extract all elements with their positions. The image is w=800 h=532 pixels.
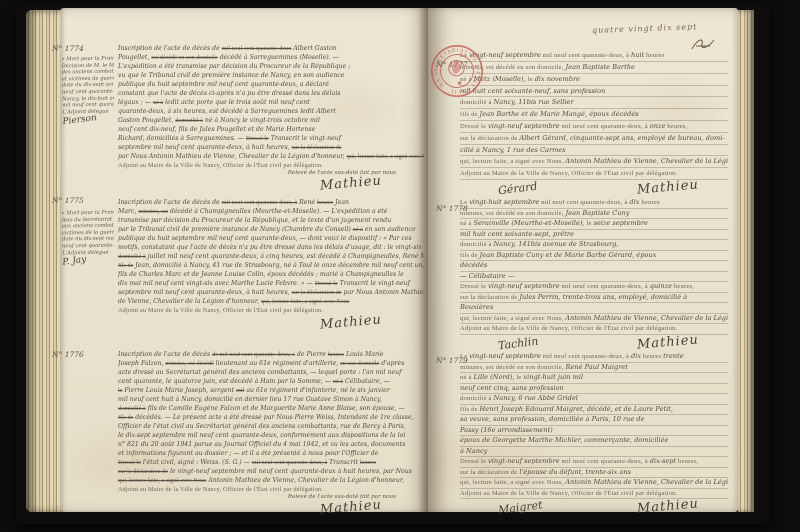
handwritten-text: dix mai mil neuf cent vingt-six avec Mar… (118, 280, 315, 287)
text-line: L'expédition a été transmise par décisio… (118, 62, 424, 71)
margin-note-mort-pour-la-france: « Mort pour la France »Avis du Secrétari… (62, 210, 115, 267)
text-line: Le vingt-neuf septembre mil neuf cent qu… (460, 50, 728, 62)
officer-signature: Mathieu (636, 177, 699, 197)
handwritten-text: trente (663, 352, 684, 360)
text-line: à Nancy (460, 447, 728, 458)
handwritten-text: fils de Charles Marc et de Jeanne Louise… (118, 271, 404, 278)
entry-body: Inscription de l'acte de décès de mil ne… (118, 44, 424, 170)
text-line: Dressé le l'état civil, signé : Weiss. (… (118, 458, 424, 467)
struck-printed-text: est décédé en son domicile (151, 54, 217, 61)
handwritten-text: Richard, domiciliés à Sarreguemines. — (118, 135, 246, 142)
handwritten-text: neuf cent dix-neuf, fils de Jules Pougel… (118, 126, 315, 133)
printed-text: Adjoint au Maire de la Ville de Nancy, O… (460, 325, 678, 332)
struck-printed-text: né à (153, 99, 163, 106)
handwritten-text: mil neuf cent huit à Nancy, domicilié en… (118, 396, 382, 403)
struck-printed-text: mil neuf cent quarante-deux, à (252, 459, 327, 466)
text-line: Joseph Falzon, minutes, est décédé lieut… (118, 359, 424, 368)
text-line: domicilié à Nancy, 6 rue Abbé Gridel (460, 394, 728, 405)
handwritten-text: René Paul Maigret (566, 363, 628, 371)
text-line: publique du huit septembre mil neuf cent… (118, 80, 424, 89)
struck-printed-text: qui, lecture faite, a signé avec Nous (347, 153, 424, 160)
handwritten-text: vingt-neuf septembre (469, 352, 541, 360)
handwritten-text: quarante-deux, à six heures, est décédé … (118, 108, 336, 115)
handwritten-text: sa veuve, sans profession, domiciliée à … (460, 415, 645, 423)
handwritten-text: au 61e régiment d'infanterie, né le six … (244, 387, 389, 394)
struck-printed-text: Dressé le (315, 280, 338, 287)
text-line: Adjoint au Maire de la Ville de Nancy, O… (118, 161, 424, 170)
handwritten-text: Joseph Falzon, (118, 360, 165, 367)
struck-printed-text: minutes, est (138, 208, 168, 215)
printed-text: fils de (460, 111, 480, 118)
page-fore-edge-left (26, 10, 62, 512)
struck-printed-text: domicilié à (118, 253, 146, 260)
text-line: sa veuve, sans profession, domiciliée à … (460, 415, 728, 426)
handwritten-text: vu que le Tribunal civil de première ins… (118, 72, 344, 79)
handwritten-text: Louis Marie (344, 351, 384, 358)
printed-text: le (526, 76, 535, 83)
printed-text: mil neuf cent quarante-deux, à (539, 199, 629, 206)
handwritten-text: onze (650, 122, 666, 130)
text-line: sur la déclaration de le vingt-neuf sept… (118, 467, 424, 476)
text-line: Inscription de l'acte de décès de mil ne… (118, 198, 424, 207)
officer-signature: Mathieu (636, 496, 699, 516)
signature-row: Mathieu (118, 315, 424, 333)
handwritten-text: Transcrit le vingt-neuf (338, 280, 410, 287)
handwritten-text: vingt-huit septembre (469, 198, 539, 206)
text-line: Dressé le vingt-neuf septembre mil neuf … (460, 457, 728, 468)
handwritten-text: publique du huit septembre mil neuf cent… (118, 235, 412, 242)
struck-printed-text: heures (360, 459, 376, 466)
handwritten-text: Pougellet, (118, 54, 151, 61)
handwritten-text: légaux ; — (118, 99, 153, 106)
left-page: N° 1774 « Mort pour la France »Décision … (60, 8, 428, 512)
text-line: Gaston Pougellet, domicilié à né à Nancy… (118, 116, 424, 125)
handwritten-text: l'état civil, signé : Weiss. (S. G.) — (141, 459, 252, 466)
handwritten-text: Transcrit (327, 459, 360, 466)
handwritten-text: Albert Gérard, cinquante-sept ans, emplo… (519, 134, 724, 142)
text-line: Passy (16e arrondissement) (460, 426, 728, 437)
text-line: qui, lecture faite, a signé avec Nous An… (118, 476, 424, 485)
struck-printed-text: domicilié à (175, 117, 203, 124)
text-line: Inscription de l'acte de décès de mil ne… (118, 44, 424, 53)
handwritten-text: publique du huit septembre mil neuf cent… (118, 81, 329, 88)
handwritten-text: vingt-neuf septembre (488, 282, 560, 290)
handwritten-text: dix novembre (535, 75, 581, 83)
handwritten-text: Antonin Mathieu de Vienne, Chevalier de … (206, 477, 404, 484)
printed-text: mil neuf cent quarante-deux, à (560, 283, 650, 290)
handwritten-text: vingt-huit juin mil (523, 373, 583, 381)
handwritten-text: époux de Georgette Marthe Michler, comme… (460, 436, 668, 444)
printed-text: Le (460, 353, 469, 360)
text-line: domicilié à Nancy, 141bis avenue de Stra… (460, 240, 728, 251)
text-line: né à Lille (Nord), le vingt-huit juin mi… (460, 373, 728, 384)
text-line: Officier de l'état civil au Secrétariat … (118, 422, 424, 431)
handwritten-text: mil huit cent soixante-sept, prêtre (460, 230, 574, 238)
margin-signature: P. Jay (62, 257, 87, 266)
text-line: Pougellet, est décédé en son domicile dé… (118, 53, 424, 62)
officer-signature: Mathieu (319, 312, 382, 332)
handwritten-text: à Nancy (460, 447, 487, 455)
text-line: transmise par décision du Procureur de l… (118, 216, 424, 225)
printed-text: né à (460, 220, 473, 227)
printed-text: domicilié à (460, 99, 494, 106)
printed-text: Adjoint au Maire de la Ville de Nancy, O… (118, 162, 323, 169)
struck-printed-text: sur la déclaration de (292, 289, 342, 296)
handwritten-text: d'après (379, 360, 404, 367)
text-line: Inscription de l'acte de décès de mil ne… (118, 350, 424, 359)
handwritten-text: Inscription de l'acte de décès (118, 351, 212, 358)
handwritten-text: motifs, constatant que l'acte de décès n… (118, 244, 422, 251)
handwritten-text: dix (629, 198, 639, 206)
officer-signature: Mathieu (636, 332, 699, 352)
text-line: Le vingt-neuf septembre mil neuf cent qu… (460, 352, 728, 363)
handwritten-text: neuf cent cinq, sans profession (460, 384, 564, 392)
text-line: le Pierre Louis Marie Joseph, sergent mi… (118, 386, 424, 395)
text-line: Dressé le vingt-neuf septembre mil neuf … (460, 282, 728, 293)
entry-body: Le vingt-neuf septembre mil neuf cent qu… (460, 352, 728, 499)
handwritten-text: seize septembre (593, 219, 647, 227)
printed-text: heures (641, 353, 663, 360)
text-line: domicilié à juillet mil neuf cent quaran… (118, 252, 424, 261)
handwritten-text: Nancy, 6 rue Abbé Gridel (494, 394, 578, 402)
handwritten-text: décédé à Champigneulles (Meurthe-et-Mose… (168, 208, 388, 215)
handwritten-text: vingt-neuf septembre (488, 457, 560, 465)
printed-text: Dressé le (460, 123, 488, 130)
printed-text: domicilié à (460, 395, 494, 402)
struck-printed-text: né à (353, 226, 363, 233)
handwritten-text: Nancy, 141bis avenue de Strasbourg, (494, 240, 619, 248)
text-line: neuf cent cinq, sans profession (460, 384, 728, 395)
printed-text: heures (644, 52, 664, 59)
handwritten-text: Passy (16e arrondissement) (460, 426, 553, 434)
handwritten-text: transmise par décision du Procureur de l… (118, 217, 391, 224)
text-line: Adjoint au Maire de la Ville de Nancy, O… (118, 485, 424, 494)
handwritten-text: Marc, (118, 208, 138, 215)
printed-text: heures, (665, 123, 687, 130)
printed-text: heures (639, 199, 659, 206)
handwritten-text: dix (631, 352, 641, 360)
entry-number: N° 1776 (52, 350, 84, 359)
entry-number: N° 1775 (52, 196, 84, 205)
svg-text:★: ★ (456, 79, 464, 88)
printed-text: fils de (460, 252, 480, 259)
printed-text: Adjoint au Maire de la Ville de Nancy, O… (460, 490, 678, 497)
struck-printed-text: sur la déclaration de (118, 468, 168, 475)
handwritten-text: Jean Barthe et de Marie Mangé, époux déc… (480, 110, 639, 118)
struck-printed-text: mil neuf cent quarante-deux, à (222, 199, 297, 206)
printed-text: Dressé le (460, 283, 488, 290)
handwritten-text: Inscription de l'acte de décès de (118, 45, 222, 52)
struck-printed-text: né à (333, 378, 343, 385)
handwritten-text: et informations figurant au dossier ; — … (118, 450, 378, 457)
printed-text: heures, (676, 458, 698, 465)
handwritten-text: constant que l'acte de décès ci-après n'… (118, 90, 340, 97)
printed-text: mil neuf cent quarante-deux, à (560, 458, 650, 465)
printed-text: qui, lecture faite, a signé avec Nous, (460, 479, 565, 486)
handwritten-text: n° 821 du 20 août 1941 parue au Journal … (118, 441, 405, 448)
handwritten-text: par Nous Antonin Mathieu (342, 289, 424, 296)
text-line: domicilié à Nancy, 11bis rue Sellier (460, 97, 728, 109)
handwritten-text: par Nous Antonin Mathieu de Vienne, Chev… (118, 153, 347, 160)
handwritten-text: huit (631, 51, 644, 59)
text-line: publique du huit septembre mil neuf cent… (118, 234, 424, 243)
text-line: Bouxières (460, 303, 728, 314)
handwritten-text: lieutenant au 61e régiment d'artillerie, (214, 360, 340, 367)
handwritten-text: fils de Camille Eugène Falzon et de Marg… (146, 405, 405, 412)
text-line: neuf cent dix-neuf, fils de Jules Pougel… (118, 125, 424, 134)
struck-printed-text: mil neuf cent quarante-deux (222, 45, 292, 52)
handwritten-text: né à Nancy le vingt-trois octobre mil (203, 117, 320, 124)
text-line: décédés (460, 261, 728, 272)
handwritten-text: Officier de l'état civil au Secrétariat … (118, 423, 406, 430)
text-line: sur la déclaration de Albert Gérard, cin… (460, 133, 728, 145)
officer-signature: Mathieu (319, 497, 382, 517)
handwritten-text: cent quarante, le quatorze juin, est déc… (118, 378, 333, 385)
text-line: sur la déclaration de l'épouse du défunt… (460, 468, 728, 479)
text-line: constant que l'acte de décès ci-après n'… (118, 89, 424, 98)
death-transcription-entry: Inscription de l'acte de décès de mil ne… (118, 44, 424, 202)
handwritten-text: Jean (333, 199, 349, 206)
text-line: né à Serainville (Meurthe-et-Moselle), l… (460, 219, 728, 230)
handwritten-text: Pierre Louis Marie Joseph, sergent (122, 387, 236, 394)
handwritten-text: Inscription de l'acte de décès de (118, 199, 222, 206)
entry-body: Le vingt-huit septembre mil neuf cent qu… (460, 198, 728, 335)
struck-printed-text: heures (328, 351, 344, 358)
printed-text: mil neuf cent quarante-deux, à (541, 52, 631, 59)
handwritten-text: ledit acte porte que le trois août mil n… (163, 99, 310, 106)
struck-printed-text: qui, lecture faite, a signé avec Nous (118, 477, 206, 484)
handwritten-text: Jean Baptiste Barthe (566, 63, 635, 71)
death-act-entry: Le vingt-huit septembre mil neuf cent qu… (460, 198, 728, 359)
death-transcription-entry: Inscription de l'acte de décès de mil ne… (118, 198, 424, 333)
death-transcription-entry: Inscription de l'acte de décès de mil ne… (118, 350, 424, 520)
text-line: mil huit cent soixante-sept, prêtre (460, 230, 728, 241)
text-line: fils de décédés. — Le présent acte a été… (118, 413, 424, 422)
printed-text: Dressé le (460, 458, 488, 465)
text-line: minutes, est décédé en son domicile, Jea… (460, 209, 728, 220)
entry-body: Inscription de l'acte de décès de mil ne… (118, 350, 424, 494)
text-line: Marc, minutes, est décédé à Champigneull… (118, 207, 424, 216)
text-line: sur la déclaration de Jules Perrin, tren… (460, 293, 728, 304)
declarant-signature: Gérard (497, 180, 538, 198)
death-act-entry: Le vingt-neuf septembre mil neuf cent qu… (460, 50, 728, 206)
text-line: qui, lecture faite, a signé avec Nous, A… (460, 156, 728, 168)
printed-text: sur la déclaration de (460, 294, 519, 301)
printed-text: né à (460, 374, 473, 381)
text-line: fils de Jean Baptiste Cuny et de Marie B… (460, 251, 728, 262)
printed-text: Le (460, 199, 469, 206)
text-line: qui, lecture faite, a signé avec Nous, A… (460, 478, 728, 489)
handwritten-text: vingt-neuf septembre (488, 122, 560, 130)
handwritten-text: l'épouse du défunt, trente-six ans (519, 468, 631, 476)
handwritten-text: Lille (Nord), (473, 373, 514, 381)
signature-row: Mathieu (118, 500, 424, 520)
handwritten-text: par le Tribunal civil de première instan… (118, 226, 353, 233)
printed-text: qui, lecture faite, a signé avec Nous, (460, 158, 565, 165)
text-line: par Nous Antonin Mathieu de Vienne, Chev… (118, 152, 424, 161)
text-line: Dressé le vingt-neuf septembre mil neuf … (460, 121, 728, 133)
printed-text: minutes, est décédé en son domicile, (460, 210, 566, 217)
text-line: motifs, constatant que l'acte de décès n… (118, 243, 424, 252)
printed-text: mil neuf cent quarante-deux, à (560, 123, 650, 130)
text-line: vu que le Tribunal civil de première ins… (118, 71, 424, 80)
handwritten-text: Antonin Mathieu de Vienne, Chevalier de … (565, 157, 728, 165)
handwritten-text: Bouxières (460, 303, 493, 311)
handwritten-text: de Pierre (295, 351, 328, 358)
text-line: né à Metz (Moselle), le dix novembre (460, 74, 728, 86)
struck-printed-text: domicilié à (118, 405, 146, 412)
handwritten-text: Transcrit le vingt-neuf (269, 135, 341, 142)
text-line: fils de Jean Barthe et de Marie Mangé, é… (460, 109, 728, 121)
text-line: — Célibataire — (460, 272, 728, 283)
struck-printed-text: qui, lecture faite, a signé avec Nous (261, 298, 349, 305)
declarant-signature: Tachlin (497, 334, 539, 352)
register-scan: N° 1774 « Mort pour la France »Décision … (0, 0, 800, 532)
text-line: légaux ; — né à ledit acte porte que le … (118, 98, 424, 107)
text-line: acte dressé au Secrétariat général des a… (118, 368, 424, 377)
text-line: quarante-deux, à six heures, est décédé … (118, 107, 424, 116)
text-line: et informations figurant au dossier ; — … (118, 449, 424, 458)
text-line: cent quarante, le quatorze juin, est déc… (118, 377, 424, 386)
handwritten-text: le dix-sept septembre mil neuf cent quar… (118, 432, 405, 439)
officer-signature: Mathieu (319, 173, 382, 193)
struck-printed-text: minutes, est décédé (165, 360, 213, 367)
handwritten-text: Antonin Mathieu de Vienne, Chevalier de … (565, 314, 728, 322)
struck-printed-text: en son domicile (340, 360, 379, 367)
handwritten-text: quinze (650, 282, 672, 290)
struck-printed-text: Dressé le (118, 459, 141, 466)
printed-text: mil neuf cent quarante-deux, à (541, 353, 631, 360)
entry-body: Le vingt-neuf septembre mil neuf cent qu… (460, 50, 728, 180)
struck-printed-text: fils de (118, 414, 133, 421)
handwritten-text: Célibataire, — (343, 378, 390, 385)
text-line: fils de Jean, domicilié à Nancy, 41 rue … (118, 261, 424, 270)
signature-row: Maigret Mathieu (460, 499, 728, 521)
text-line: mil huit cent soixante-neuf, sans profes… (460, 86, 728, 97)
text-line: le dix-sept septembre mil neuf cent quar… (118, 431, 424, 440)
struck-printed-text: de mil neuf cent quarante-deux, à (212, 351, 295, 358)
death-act-entry: Le vingt-neuf septembre mil neuf cent qu… (460, 352, 728, 521)
handwritten-text: — Célibataire — (460, 272, 514, 280)
handwritten-text: Nancy, 11bis rue Sellier (494, 98, 574, 106)
declarant-signature: Maigret (497, 498, 543, 516)
handwritten-text: en son audience (363, 226, 416, 233)
handwritten-text: décédés. — Le présent acte a été dressé … (133, 414, 413, 421)
printed-text: fils de (460, 406, 480, 413)
handwritten-text: cilié à Nancy, 1 rue des Carmes (460, 146, 566, 154)
printed-text: domicilié à (460, 241, 494, 248)
handwritten-text: septembre mil neuf cent quarante-deux, à… (118, 289, 292, 296)
margin-note-line: L'Adjoint délégué (62, 249, 114, 257)
text-line: de Vienne, Chevalier de la Légion d'honn… (118, 297, 424, 306)
text-line: minutes, est décédé en son domicile, Jea… (460, 62, 728, 74)
handwritten-text: Antonin Mathieu de Vienne, Chevalier de … (565, 478, 728, 486)
handwritten-text: acte dressé au Secrétariat général des a… (118, 369, 401, 376)
handwritten-text: Jean Baptiste Cuny (566, 209, 630, 217)
entry-number: N° 1774 (52, 44, 84, 53)
handwritten-text: Albert Gaston (291, 45, 336, 52)
struck-printed-text: fils de (118, 262, 133, 269)
text-line: dix mai mil neuf cent vingt-six avec Mar… (118, 279, 424, 288)
handwritten-text: dix-sept (650, 457, 676, 465)
printed-text: sur la déclaration de (460, 135, 519, 142)
printed-text: Adjoint au Maire de la Ville de Nancy, O… (460, 170, 678, 177)
struck-printed-text: Dressé le (246, 135, 269, 142)
handwritten-text: juillet mil neuf cent quarante-deux, à c… (146, 253, 424, 260)
folio-number-words: quatre vingt dix sept (592, 22, 698, 35)
struck-printed-text: sur la déclaration de (292, 144, 342, 151)
text-line: fils de Charles Marc et de Jeanne Louise… (118, 270, 424, 279)
entry-body: Inscription de l'acte de décès de mil ne… (118, 198, 424, 315)
text-line: cilié à Nancy, 1 rue des Carmes (460, 145, 728, 156)
handwritten-text: Jules Perrin, trente-trois ans, employé,… (519, 293, 687, 301)
text-line: fils de Henri Joseph Edouard Maigret, dé… (460, 405, 728, 416)
text-line: septembre mil neuf cent quarante-deux, à… (118, 288, 424, 297)
text-line: Richard, domiciliés à Sarreguemines. — D… (118, 134, 424, 143)
printed-text: qui, lecture faite, a signé avec Nous, (460, 315, 565, 322)
handwritten-text: Henri Joseph Edouard Maigret, décédé, et… (480, 405, 673, 413)
handwritten-text: Serainville (Meurthe-et-Moselle), (473, 219, 584, 227)
printed-text: Adjoint au Maire de la Ville de Nancy, O… (118, 486, 323, 493)
handwritten-text: le vingt-neuf septembre mil neuf cent qu… (168, 468, 412, 475)
page-fore-edge-right (738, 10, 754, 512)
handwritten-text: de Vienne, Chevalier de la Légion d'honn… (118, 298, 261, 305)
printed-text: Adjoint au Maire de la Ville de Nancy, O… (118, 307, 323, 314)
struck-printed-text: heures (317, 199, 333, 206)
text-line: n° 821 du 20 août 1941 parue au Journal … (118, 440, 424, 449)
text-line: époux de Georgette Marthe Michler, comme… (460, 436, 728, 447)
handwritten-text: Jean, domicilié à Nancy, 41 rue de Stras… (133, 262, 424, 269)
handwritten-text: décédé à Sarreguemines (Moselle). — (218, 54, 339, 61)
handwritten-text: L'expédition a été transmise par décisio… (118, 63, 350, 70)
text-line: mil neuf cent huit à Nancy, domicilié en… (118, 395, 424, 404)
handwritten-text: Jean Baptiste Cuny et de Marie Barbe Gér… (480, 251, 657, 259)
handwritten-text: Gaston Pougellet, (118, 117, 175, 124)
margin-signature: Pierson (62, 115, 97, 126)
printed-text: heures, (672, 283, 694, 290)
text-line: minutes, est décédé en son domicile, Ren… (460, 363, 728, 374)
handwritten-text: décédés (460, 261, 487, 269)
civil-registry-stamp-icon: SECRÉTARIAT DE L'ÉTAT CIVIL · NANCY · ★ (423, 37, 492, 106)
margin-note-mort-pour-la-france: « Mort pour la France »Décision de M. le… (61, 56, 114, 126)
text-line: par le Tribunal civil de première instan… (118, 225, 424, 234)
printed-text: minutes, est décédé en son domicile, (460, 364, 566, 371)
text-line: domicilié à fils de Camille Eugène Falzo… (118, 404, 424, 413)
handwritten-text: septembre mil neuf cent quarante-deux, à… (118, 144, 292, 151)
text-line: septembre mil neuf cent quarante-deux, à… (118, 143, 424, 152)
text-line: Le vingt-huit septembre mil neuf cent qu… (460, 198, 728, 209)
printed-text: sur la déclaration de (460, 469, 519, 476)
handwritten-text: René (297, 199, 317, 206)
text-line: qui, lecture faite, a signé avec Nous, A… (460, 314, 728, 325)
